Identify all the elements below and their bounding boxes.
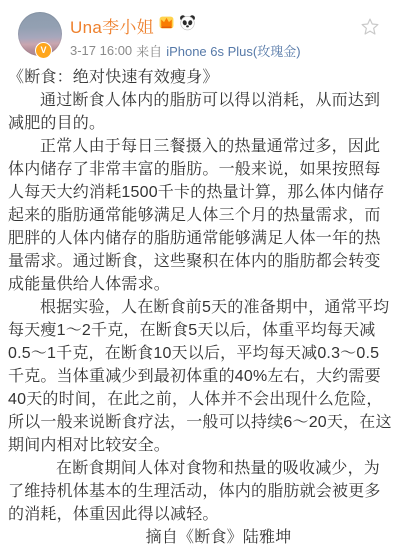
post-attribution: 摘自《断食》陆雅坤 <box>8 526 395 549</box>
post-paragraph: 正常人由于每日三餐摄入的热量通常过多，因此体内储存了非常丰富的脂肪。一般来说，如… <box>8 135 395 296</box>
post-timestamp: 3-17 16:00 <box>70 43 132 58</box>
post-paragraph: 在断食期间人体对食物和热量的吸收减少，为了维持机体基本的生理活动，体内的脂肪就会… <box>8 457 395 526</box>
source-prefix: 来自 <box>136 41 162 60</box>
post-paragraph: 根据实验，人在断食前5天的准备期中，通常平均每天瘦1～2千克，在断食5天以后，体… <box>8 296 395 457</box>
post-title: 《断食：绝对快速有效瘦身》 <box>8 66 395 89</box>
post-content: 《断食：绝对快速有效瘦身》 通过断食人体内的脂肪可以得以消耗，从而达到减肥的目的… <box>0 64 400 549</box>
panda-icon[interactable] <box>179 14 196 36</box>
header-text: Una李小姐 <box>70 12 301 60</box>
post-paragraph: 通过断食人体内的脂肪可以得以消耗，从而达到减肥的目的。 <box>8 89 395 135</box>
post-header: V Una李小姐 <box>0 0 400 64</box>
verified-badge: V <box>35 42 52 59</box>
avatar[interactable]: V <box>18 12 62 56</box>
weibo-post-card: V Una李小姐 <box>0 0 400 560</box>
source-device-link[interactable]: iPhone 6s Plus(玫瑰金) <box>166 41 300 60</box>
username[interactable]: Una李小姐 <box>70 13 154 38</box>
vip-crown-icon[interactable] <box>158 14 175 36</box>
star-icon[interactable] <box>360 17 380 37</box>
verified-letter: V <box>40 45 46 55</box>
